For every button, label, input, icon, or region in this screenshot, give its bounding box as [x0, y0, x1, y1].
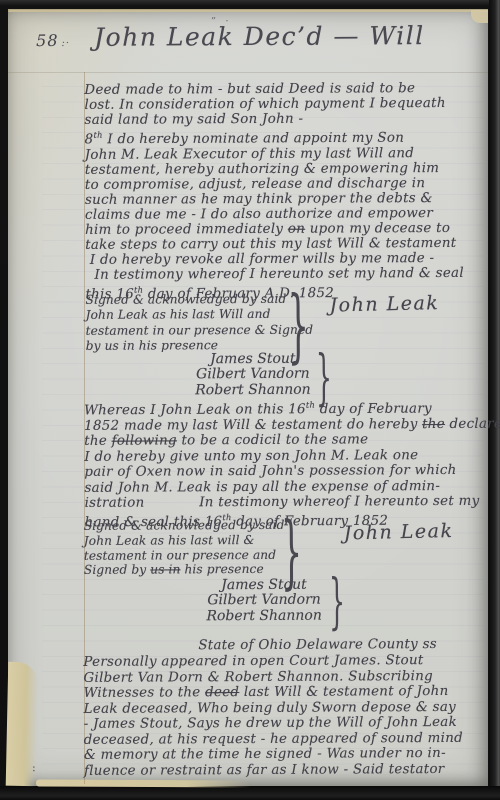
text-line: testament in our presence and — [84, 547, 285, 563]
text-segment: Leak deceased, Who being duly Sworn depo… — [84, 699, 456, 716]
text-line: 1852 made my last Will & testament do he… — [84, 417, 500, 435]
text-line: Signed & acknowledged by said — [84, 518, 285, 534]
text-segment: testament in our presence and — [84, 547, 276, 562]
text-segment: Whereas I John Leak on this 16 — [84, 402, 306, 418]
text-line: John Leak as his last will & — [84, 533, 285, 549]
text-segment: I do hereby nominate and appoint my Son — [103, 131, 404, 148]
text-segment: Gilbert Vandorn — [196, 366, 310, 383]
text-segment: Signed by — [84, 563, 150, 577]
text-segment: 8 — [85, 132, 94, 147]
text-segment: testament, hereby authorizing & empoweri… — [85, 161, 440, 178]
attestation-clause-1: Signed & acknowledged by saidJohn Leak a… — [85, 292, 313, 354]
text-line: John Leak as his last Will and — [86, 307, 314, 323]
text-segment: day of February — [315, 402, 432, 418]
brace-icon: } — [329, 571, 345, 631]
signature-john-leak-2: John Leak — [343, 520, 453, 544]
text-line: lost. In consideration of which payment … — [84, 96, 463, 113]
text-segment: such manner as he may think proper the d… — [85, 191, 433, 208]
text-segment: Witnesses to the — [84, 685, 206, 701]
text-line: Robert Shannon — [168, 382, 338, 398]
text-segment: him to proceed immediately — [85, 222, 288, 238]
text-segment: John M. Leak Executor of this my last Wi… — [85, 146, 414, 163]
text-segment: - James Stout, Says he drew up the Will … — [84, 715, 457, 732]
text-line: Signed & acknowledged by said — [85, 292, 313, 308]
text-segment: Robert Shannon — [206, 607, 322, 624]
text-line: testament in our presence & Signed — [86, 322, 314, 338]
text-segment: Deed made to him - but said Deed is said… — [84, 81, 415, 98]
text-line: In testimony whereof I hereunto set my h… — [85, 266, 464, 283]
page-number: 58:· — [36, 31, 70, 50]
margin-ink-mark: : — [32, 761, 36, 774]
text-segment: deceased, at his request - he appeared o… — [84, 730, 463, 747]
text-segment: us in — [150, 563, 180, 577]
text-segment: Personally appeared in open Court James.… — [83, 653, 423, 670]
scanned-document: 58:· ” · John Leak Dec’d — Will Deed mad… — [0, 0, 500, 800]
text-segment: his presence — [180, 562, 263, 576]
signature-john-leak-1: John Leak — [329, 292, 439, 316]
witness-list-1: James StoutGilbert VandornRobert Shannon — [168, 352, 338, 399]
page-content: 58:· ” · John Leak Dec’d — Will Deed mad… — [6, 9, 490, 788]
scan-frame-bottom — [0, 786, 500, 800]
probate-paragraph: Personally appeared in open Court James.… — [83, 653, 463, 779]
will-paragraph: Deed made to him - but said Deed is said… — [84, 81, 464, 303]
text-segment: to compromise, adjust, release and disch… — [85, 176, 425, 193]
text-segment: the — [422, 417, 445, 432]
text-segment: I do hereby give unto my son John M. Lea… — [84, 448, 418, 465]
text-segment: John Leak as his last will & — [84, 533, 255, 548]
text-segment: Signed & acknowledged by said — [85, 292, 286, 307]
text-segment: James Stout — [210, 351, 296, 367]
record-title: John Leak Dec’d — Will — [94, 21, 425, 52]
text-line: Signed by us in his presence — [84, 562, 285, 578]
text-line: Whereas I John Leak on this 16th day of … — [84, 397, 500, 419]
text-segment: said John M. Leak is pay all the expense… — [84, 478, 440, 495]
text-segment: testament in our presence & Signed — [86, 322, 314, 337]
text-segment: Signed & acknowledged by said — [84, 518, 285, 533]
text-segment: Gilbert Van Dorn & Robert Shannon. Subsc… — [83, 669, 433, 686]
text-segment: James Stout — [221, 577, 307, 593]
text-segment: on — [288, 222, 305, 237]
text-segment: following — [112, 434, 177, 449]
text-segment: lost. In consideration of which payment … — [84, 96, 445, 113]
text-segment: I do hereby revoke all former wills by m… — [85, 251, 434, 268]
probate-heading: State of Ohio Delaware County ss — [198, 637, 437, 653]
text-segment: the — [84, 434, 111, 449]
text-segment: th — [306, 400, 315, 410]
text-segment: to be a codicil to the same — [177, 433, 369, 449]
text-segment: said land to my said Son John - — [85, 112, 304, 128]
text-segment: claims due me - I do also authorize and … — [85, 206, 433, 223]
text-segment: declare — [445, 417, 500, 432]
text-segment: 1852 made my last Will & testament do he… — [84, 417, 422, 434]
text-segment: deed — [205, 685, 239, 700]
text-segment: John Leak as his last Will and — [86, 307, 271, 322]
text-segment: pair of Oxen now in said John's possessi… — [84, 463, 456, 480]
witness-list-2: James StoutGilbert VandornRobert Shannon — [179, 577, 349, 624]
text-segment: by us in his presence — [86, 338, 218, 353]
text-segment: In testimony whereof I hereunto set my h… — [85, 266, 464, 283]
attestation-clause-2: Signed & acknowledged by saidJohn Leak a… — [84, 518, 285, 578]
ink-marks: :· — [61, 38, 70, 49]
text-line: Robert Shannon — [179, 608, 349, 624]
text-segment: fluence or restraint as far as I know - … — [84, 761, 445, 778]
text-segment: Gilbert Vandorn — [207, 592, 321, 609]
text-segment: th — [93, 130, 102, 140]
page-number-value: 58 — [36, 31, 58, 50]
text-segment: & memory at the time he signed - Was und… — [84, 746, 446, 763]
text-segment: Robert Shannon — [195, 381, 311, 398]
ledger-page: 58:· ” · John Leak Dec’d — Will Deed mad… — [8, 10, 488, 786]
text-line: 8th I do hereby nominate and appoint my … — [85, 126, 464, 147]
text-segment: last Will & testament of John — [239, 684, 448, 700]
text-segment: upon my decease to — [305, 221, 450, 237]
text-line: fluence or restraint as far as I know - … — [84, 761, 463, 778]
